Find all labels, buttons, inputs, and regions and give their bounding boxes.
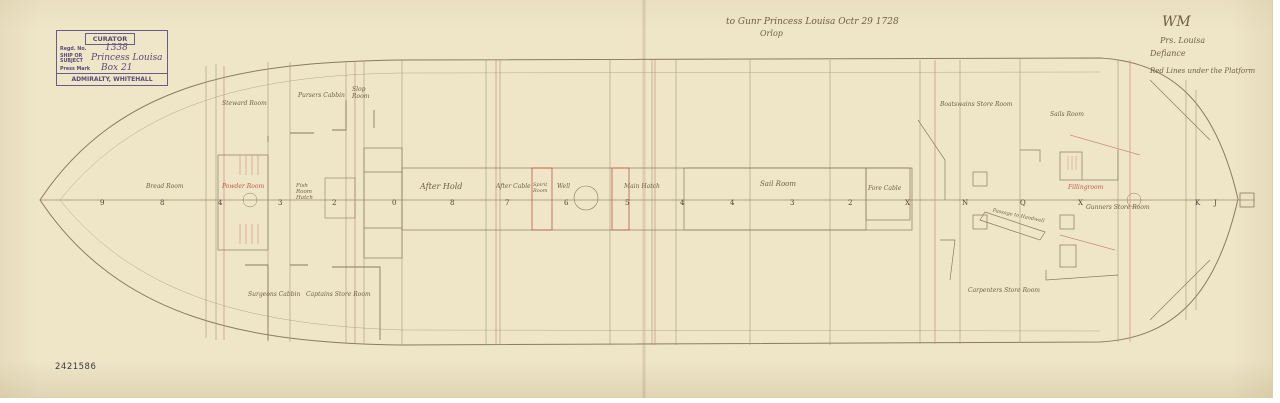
room-label-pursers-cabbin: Pursers Cabbin [298, 92, 345, 99]
station-mark: J [1214, 199, 1217, 207]
room-label-fore-cable: Fore Cable [868, 185, 901, 192]
room-label-after-hold: After Hold [420, 182, 462, 191]
room-label-filling-room: Fillingroom [1068, 184, 1103, 191]
station-mark: 6 [564, 199, 568, 207]
station-mark: Q [1020, 199, 1026, 207]
station-mark: 9 [100, 199, 104, 207]
room-label-captains-store: Captains Store Room [306, 291, 371, 298]
curator-stamp: CURATOR Regd. No. 1338 SHIP OR SUBJECT P… [56, 30, 168, 86]
stamp-value: Box 21 [101, 63, 132, 73]
room-label-well: Well [557, 183, 570, 190]
room-label-bread-room: Bread Room [146, 183, 184, 190]
room-label-sails-room: Sails Room [1050, 111, 1084, 118]
station-mark: 5 [625, 199, 629, 207]
room-label-spirit-room: Spirit Room [533, 182, 551, 194]
room-label-powder-room: Powder Room [222, 183, 264, 190]
drawing-sheet: CURATOR Regd. No. 1338 SHIP OR SUBJECT P… [0, 0, 1273, 398]
station-mark: 3 [278, 199, 282, 207]
stamp-value: Princess Louisa [91, 53, 163, 63]
station-mark: 4 [218, 199, 222, 207]
station-mark: N [962, 199, 968, 207]
station-mark: K [1195, 199, 1200, 207]
room-label-fish-room-hatch: Fish Room Hatch [296, 183, 324, 201]
corner-note-ship2: Defiance [1150, 49, 1186, 58]
station-mark: 8 [450, 199, 454, 207]
station-mark: 4 [730, 199, 734, 207]
station-mark: 2 [848, 199, 852, 207]
room-label-sail-room: Sail Room [760, 180, 796, 188]
room-label-after-cable: After Cable [496, 183, 531, 190]
catalogue-number: 2421586 [55, 362, 96, 372]
room-label-main-hatch: Main Hatch [624, 183, 660, 190]
room-label-slop-room: Slop Room [352, 86, 376, 100]
corner-initials: WM [1162, 14, 1191, 30]
station-mark: 8 [160, 199, 164, 207]
title-note: to Gunr Princess Louisa Octr 29 1728 [726, 17, 899, 27]
room-label-steward-room: Steward Room [222, 100, 267, 107]
station-mark: X [905, 199, 910, 207]
stamp-label: Regd. No. [60, 47, 86, 52]
room-label-surgeons-cabbin: Surgeons Cabbin [248, 291, 300, 298]
stamp-label: Press Mark [60, 67, 90, 72]
station-mark: X [1078, 199, 1083, 207]
corner-note-ship: Prs. Louisa [1160, 36, 1205, 45]
stamp-label: SHIP OR SUBJECT [60, 54, 84, 64]
deck-name: Orlop [760, 29, 783, 38]
stamp-value: 1338 [105, 43, 128, 53]
station-mark: 2 [332, 199, 336, 207]
station-mark: 7 [505, 199, 509, 207]
station-mark: 4 [680, 199, 684, 207]
station-mark: 0 [392, 199, 396, 207]
corner-note-legend: Red Lines under the Platform [1150, 67, 1255, 75]
room-label-boatswains-store: Boatswains Store Room [940, 101, 1012, 108]
room-label-gunners-store: Gunners Store Room [1086, 204, 1150, 211]
room-label-carpenters-store: Carpenters Store Room [968, 287, 1040, 294]
station-mark: 3 [790, 199, 794, 207]
stamp-footer: ADMIRALTY, WHITEHALL [57, 73, 167, 85]
